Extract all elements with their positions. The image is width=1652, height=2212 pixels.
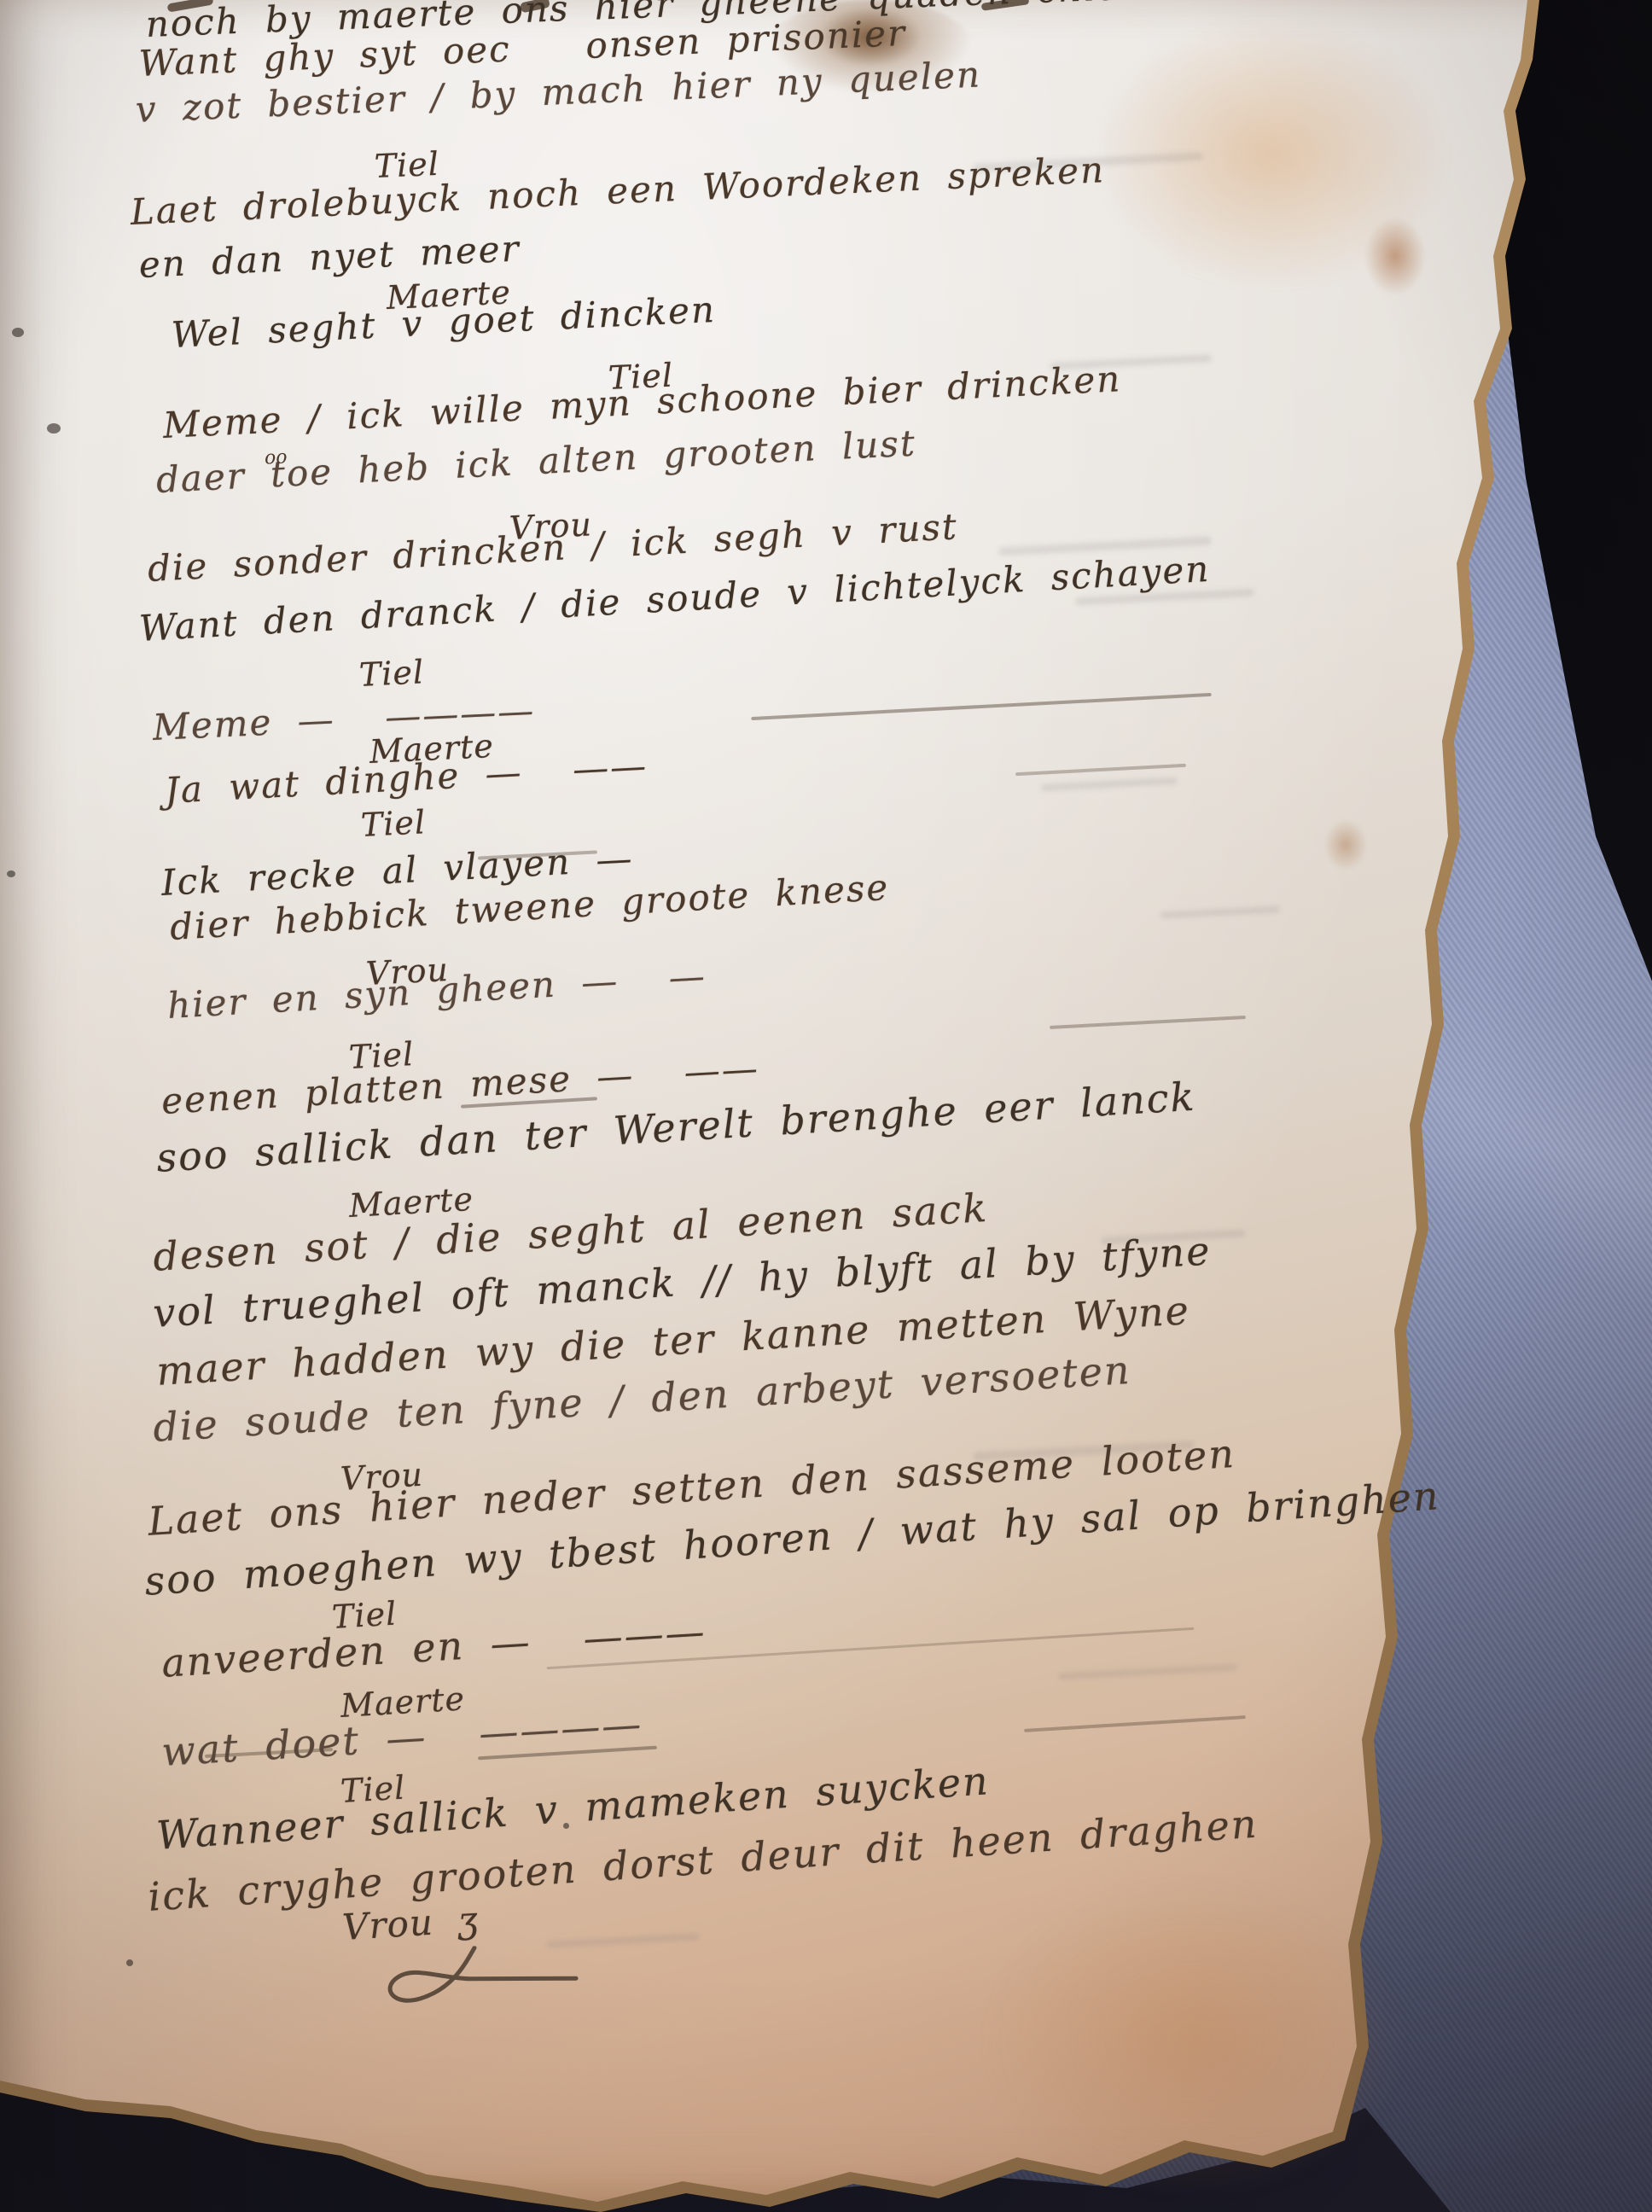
speck [47,423,61,434]
speck [126,1959,133,1966]
superscript-correction: oo [264,446,288,469]
speaker-name: Tiel [358,655,425,691]
speaker-name: Tiel [360,806,427,841]
stain [981,1877,1408,2202]
stain [1365,218,1425,294]
flourish-underline [374,1941,590,2020]
speck [12,328,24,337]
photo-frame: noch by maerte ons hier gheene quaden ch… [0,0,1652,2212]
stain [1324,819,1367,870]
speaker-name: Vrou ʒ [341,1902,480,1946]
speck [7,870,15,877]
